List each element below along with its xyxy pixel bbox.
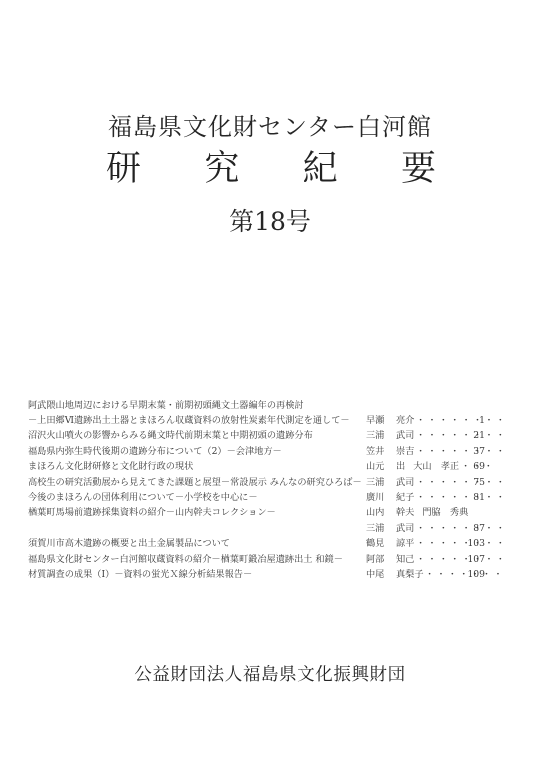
toc-entry-row: －上田郷Ⅵ遺跡出土土器とまほろん収蔵資料の放射性炭素年代測定を通して－ 早瀬亮介… <box>28 413 488 428</box>
toc-entry-title: 今後のまほろんの団体利用について－小学校を中心に－ <box>28 490 258 505</box>
toc-entry-page: 21 <box>463 428 485 443</box>
institution-name: 福島県文化財センター白河館 <box>0 112 540 142</box>
co-author-name: 大山 孝正 <box>413 459 459 474</box>
journal-title: 研 究 紀 要 <box>106 148 436 190</box>
toc-entry-author: 三浦武司 <box>366 475 414 490</box>
author-family-name: 阿部 <box>366 552 390 567</box>
author-family-name: 中尾 <box>366 567 390 582</box>
toc-entry-author: 中尾真梨子 <box>366 567 424 582</box>
toc-entry-author: 鶴見諒平 <box>366 536 414 551</box>
toc-entry-page: 69 <box>463 459 485 474</box>
toc-entry-title: 材質調査の成果（Ⅰ）－資料の蛍光Ｘ線分析結果報告－ <box>28 567 252 582</box>
toc-entry-author: 山内幹夫門脇 秀典 <box>366 505 468 520</box>
publisher-name: 公益財団法人福島県文化振興財団 <box>0 664 540 686</box>
dot-leader: ・・・・・・・・ <box>416 536 507 551</box>
author-given-name: 武司 <box>396 475 414 490</box>
toc-entry-page: 107 <box>463 552 485 567</box>
toc-entry-page: 37 <box>463 444 485 459</box>
toc-entry-row: 福島県文化財センター白河館収蔵資料の紹介－楢葉町鍛冶屋遺跡出土 和鏡－ 阿部知己… <box>28 552 488 567</box>
issue-number: 第18号 <box>0 207 540 237</box>
toc-entry-page: 81 <box>463 490 485 505</box>
dot-leader: ・・・・・・・・ <box>416 444 507 459</box>
toc-entry-row: 沼沢火山噴火の影響からみる縄文時代前期末葉と中期初頭の遺跡分布 三浦武司 ・・・… <box>28 428 488 443</box>
journal-title-char: 究 <box>204 148 239 190</box>
toc-entry-row: 楢葉町馬場前遺跡採集資料の紹介－山内幹夫コレクション－ 山内幹夫門脇 秀典 <box>28 505 488 520</box>
author-family-name: 鶴見 <box>366 536 390 551</box>
dot-leader: ・・・・・・・・ <box>416 490 507 505</box>
author-given-name: 武司 <box>396 428 414 443</box>
journal-title-char: 紀 <box>303 148 338 190</box>
author-family-name: 山内 <box>366 505 390 520</box>
author-given-name: 亮介 <box>396 413 414 428</box>
dot-leader: ・・・・・・・・ <box>416 521 507 536</box>
author-given-name: 諒平 <box>396 536 414 551</box>
toc-entry-page: 109 <box>463 567 485 582</box>
author-given-name: 出 <box>396 459 405 474</box>
author-family-name: 三浦 <box>366 475 390 490</box>
toc-entry-author: 阿部知己 <box>366 552 414 567</box>
co-author-name: 門脇 秀典 <box>422 505 468 520</box>
toc-entry-author: 三浦武司 <box>366 521 414 536</box>
toc-entry-row: 福島県内弥生時代後期の遺跡分布について（2）－会津地方－ 笠井崇吉 ・・・・・・… <box>28 444 488 459</box>
toc-entry-page: 1 <box>463 413 485 428</box>
toc-entry-row: まほろん文化財研修と文化財行政の現状 山元出大山 孝正 ・・・ 69 <box>28 459 488 474</box>
toc-entry-title: 沼沢火山噴火の影響からみる縄文時代前期末葉と中期初頭の遺跡分布 <box>28 428 313 443</box>
author-family-name: 早瀬 <box>366 413 390 428</box>
dot-leader: ・・・・・・・・ <box>416 475 507 490</box>
author-family-name: 三浦 <box>366 428 390 443</box>
author-given-name: 真梨子 <box>396 567 424 582</box>
toc-entry-row-continued: 三浦武司 ・・・・・・・・ 87 <box>28 521 488 536</box>
toc-entry-title-row: 阿武隈山地周辺における早期末葉・前期初頭縄文土器編年の再検討 <box>28 399 488 413</box>
toc-entry-page: 75 <box>463 475 485 490</box>
toc-entry-title: まほろん文化財研修と文化財行政の現状 <box>28 459 193 474</box>
dot-leader: ・・・・・・・・ <box>416 552 507 567</box>
toc-entry-title: 福島県文化財センター白河館収蔵資料の紹介－楢葉町鍛冶屋遺跡出土 和鏡－ <box>28 552 343 567</box>
author-family-name: 笠井 <box>366 444 390 459</box>
journal-title-char: 研 <box>106 148 141 190</box>
dot-leader: ・・・・・・・・ <box>416 413 507 428</box>
toc-entry-title: 楢葉町馬場前遺跡採集資料の紹介－山内幹夫コレクション－ <box>28 505 276 520</box>
toc-entry-row: 材質調査の成果（Ⅰ）－資料の蛍光Ｘ線分析結果報告－ 中尾真梨子 ・・・・・・・ … <box>28 567 488 582</box>
toc-entry-row: 今後のまほろんの団体利用について－小学校を中心に－ 廣川紀子 ・・・・・・・・ … <box>28 490 488 505</box>
dot-leader: ・・・・・・・・ <box>416 428 507 443</box>
author-given-name: 崇吉 <box>396 444 414 459</box>
author-given-name: 知己 <box>396 552 414 567</box>
toc-entry-author: 三浦武司 <box>366 428 414 443</box>
author-given-name: 幹夫 <box>396 505 414 520</box>
toc-entry-title: 高校生の研究活動展から見えてきた課題と展望－常設展示 みんなの研究ひろば－ <box>28 475 362 490</box>
toc-entry-row: 高校生の研究活動展から見えてきた課題と展望－常設展示 みんなの研究ひろば－ 三浦… <box>28 475 488 490</box>
toc-entry-title: 須賀川市高木遺跡の概要と出土金属製品について <box>28 536 230 551</box>
author-given-name: 紀子 <box>396 490 414 505</box>
toc-entry-author: 山元出大山 孝正 <box>366 459 459 474</box>
toc-entry-subtitle: －上田郷Ⅵ遺跡出土土器とまほろん収蔵資料の放射性炭素年代測定を通して－ <box>28 413 350 428</box>
author-given-name: 武司 <box>396 521 414 536</box>
toc-entry-author: 早瀬亮介 <box>366 413 414 428</box>
table-of-contents: 阿武隈山地周辺における早期末葉・前期初頭縄文土器編年の再検討 －上田郷Ⅵ遺跡出土… <box>28 399 488 582</box>
journal-title-char: 要 <box>401 148 436 190</box>
author-family-name: 山元 <box>366 459 390 474</box>
author-family-name: 三浦 <box>366 521 390 536</box>
toc-entry-author: 廣川紀子 <box>366 490 414 505</box>
toc-entry-title: 阿武隈山地周辺における早期末葉・前期初頭縄文土器編年の再検討 <box>28 399 304 413</box>
toc-entry-title: 福島県内弥生時代後期の遺跡分布について（2）－会津地方－ <box>28 444 282 459</box>
author-family-name: 廣川 <box>366 490 390 505</box>
toc-entry-page: 87 <box>463 521 485 536</box>
toc-entry-page: 103 <box>463 536 485 551</box>
toc-entry-author: 笠井崇吉 <box>366 444 414 459</box>
toc-entry-row: 須賀川市高木遺跡の概要と出土金属製品について 鶴見諒平 ・・・・・・・・ 103 <box>28 536 488 551</box>
